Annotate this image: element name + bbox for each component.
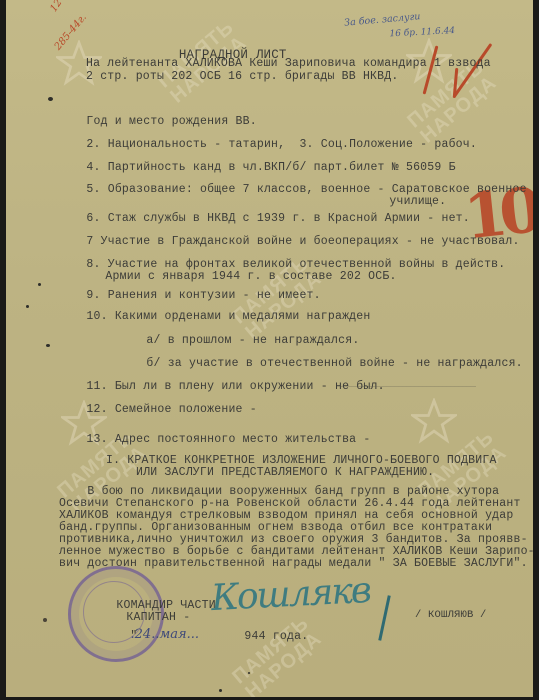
field-text: Семейное положение -	[115, 403, 257, 416]
field-text: Образование: общее 7 классов, военное - …	[108, 183, 527, 196]
paper-speck	[248, 672, 250, 674]
paper-speck	[46, 344, 50, 347]
paper-speck	[38, 283, 41, 286]
field-number: 10.	[86, 310, 107, 323]
award-sheet-page: ПАМЯТЬ НАРОДА ПАМЯТЬ НАРОДА ПАМЯТЬ НАРОД…	[6, 0, 533, 697]
handwritten-signature: Кошлякв	[210, 570, 371, 619]
signatory-name: / КОШЛЯЮВ /	[389, 597, 487, 633]
field-text: Адрес постоянного место жительства -	[115, 433, 371, 446]
field-number: 5.	[86, 183, 100, 196]
watermark-star-icon	[411, 398, 457, 444]
date-handwritten: .24..мая...	[114, 612, 199, 657]
date-day-month: .24..мая...	[131, 627, 199, 642]
annotation-brigade-date: 16 бр. 11.6.44	[377, 16, 456, 50]
paper-speck	[219, 689, 222, 692]
section-heading-line-2: ИЛИ ЗАСЛУГИ ПРЕДСТАВЛЯЕМОГО К НАГРАЖДЕНИ…	[136, 466, 434, 479]
annotation-number: 12	[48, 0, 64, 14]
field-number: 13.	[86, 433, 107, 446]
date-year: 944 года.	[216, 617, 308, 656]
paper-speck	[26, 305, 29, 308]
paper-speck	[48, 97, 53, 101]
signature-text: Кошлякв	[210, 570, 371, 619]
field-number: 12.	[86, 403, 107, 416]
annotation-note-line2: 16 бр. 11.6.44	[389, 26, 455, 39]
paper-speck	[43, 618, 47, 622]
blank-line	[336, 386, 476, 387]
intro-line-1: На лейтенанта ХАЛИКОВА Кеши Зариповича к…	[86, 57, 491, 70]
intro-line-2: 2 стр. роты 202 ОСБ 16 стр. бригады ВВ Н…	[86, 70, 398, 83]
date-year-text: 944 года.	[244, 630, 308, 643]
signatory-name-text: / КОШЛЯЮВ /	[415, 609, 487, 621]
